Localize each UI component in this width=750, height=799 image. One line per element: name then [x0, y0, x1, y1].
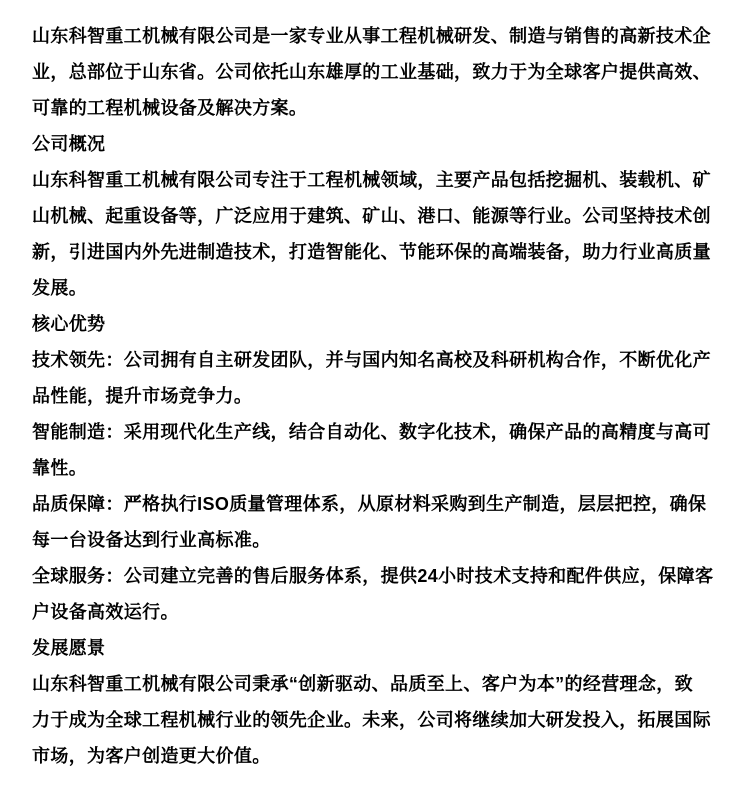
text-line: 每一台设备达到行业高标准。 — [32, 522, 722, 558]
section-heading-development-vision: 发展愿景 — [32, 630, 722, 666]
text-line: 全球服务：公司建立完善的售后服务体系，提供24小时技术支持和配件供应，保障客 — [32, 558, 722, 594]
text-line: 技术领先：公司拥有自主研发团队，并与国内知名高校及科研机构合作，不断优化产 — [32, 342, 722, 378]
text-line: 山机械、起重设备等，广泛应用于建筑、矿山、港口、能源等行业。公司坚持技术创 — [32, 198, 722, 234]
text-line: 靠性。 — [32, 450, 722, 486]
paragraph-vision: 山东科智重工机械有限公司秉承“创新驱动、品质至上、客户为本”的经营理念，致 力于… — [32, 666, 722, 774]
paragraph-global-service: 全球服务：公司建立完善的售后服务体系，提供24小时技术支持和配件供应，保障客 户… — [32, 558, 722, 630]
text-line: 品质保障：严格执行ISO质量管理体系，从原材料采购到生产制造，层层把控，确保 — [32, 486, 722, 522]
text-line: 户设备高效运行。 — [32, 594, 722, 630]
section-heading-company-overview: 公司概况 — [32, 126, 722, 162]
paragraph-quality-assurance: 品质保障：严格执行ISO质量管理体系，从原材料采购到生产制造，层层把控，确保 每… — [32, 486, 722, 558]
text-line: 山东科智重工机械有限公司专注于工程机械领域，主要产品包括挖掘机、装载机、矿 — [32, 162, 722, 198]
text-line: 新，引进国内外先进制造技术，打造智能化、节能环保的高端装备，助力行业高质量 — [32, 234, 722, 270]
section-heading-core-advantages: 核心优势 — [32, 306, 722, 342]
text-line: 发展。 — [32, 270, 722, 306]
text-line: 智能制造：采用现代化生产线，结合自动化、数字化技术，确保产品的高精度与高可 — [32, 414, 722, 450]
text-line: 品性能，提升市场竞争力。 — [32, 378, 722, 414]
paragraph-overview: 山东科智重工机械有限公司专注于工程机械领域，主要产品包括挖掘机、装载机、矿 山机… — [32, 162, 722, 306]
text-line: 力于成为全球工程机械行业的领先企业。未来，公司将继续加大研发投入，拓展国际 — [32, 702, 722, 738]
text-line: 可靠的工程机械设备及解决方案。 — [32, 90, 722, 126]
text-line: 山东科智重工机械有限公司秉承“创新驱动、品质至上、客户为本”的经营理念，致 — [32, 666, 722, 702]
paragraph-tech-leadership: 技术领先：公司拥有自主研发团队，并与国内知名高校及科研机构合作，不断优化产 品性… — [32, 342, 722, 414]
text-line: 山东科智重工机械有限公司是一家专业从事工程机械研发、制造与销售的高新技术企 — [32, 18, 722, 54]
document-body: 山东科智重工机械有限公司是一家专业从事工程机械研发、制造与销售的高新技术企 业，… — [0, 0, 750, 774]
paragraph-smart-manufacturing: 智能制造：采用现代化生产线，结合自动化、数字化技术，确保产品的高精度与高可 靠性… — [32, 414, 722, 486]
text-line: 业，总部位于山东省。公司依托山东雄厚的工业基础，致力于为全球客户提供高效、 — [32, 54, 722, 90]
text-line: 市场，为客户创造更大价值。 — [32, 738, 722, 774]
paragraph-intro: 山东科智重工机械有限公司是一家专业从事工程机械研发、制造与销售的高新技术企 业，… — [32, 18, 722, 126]
